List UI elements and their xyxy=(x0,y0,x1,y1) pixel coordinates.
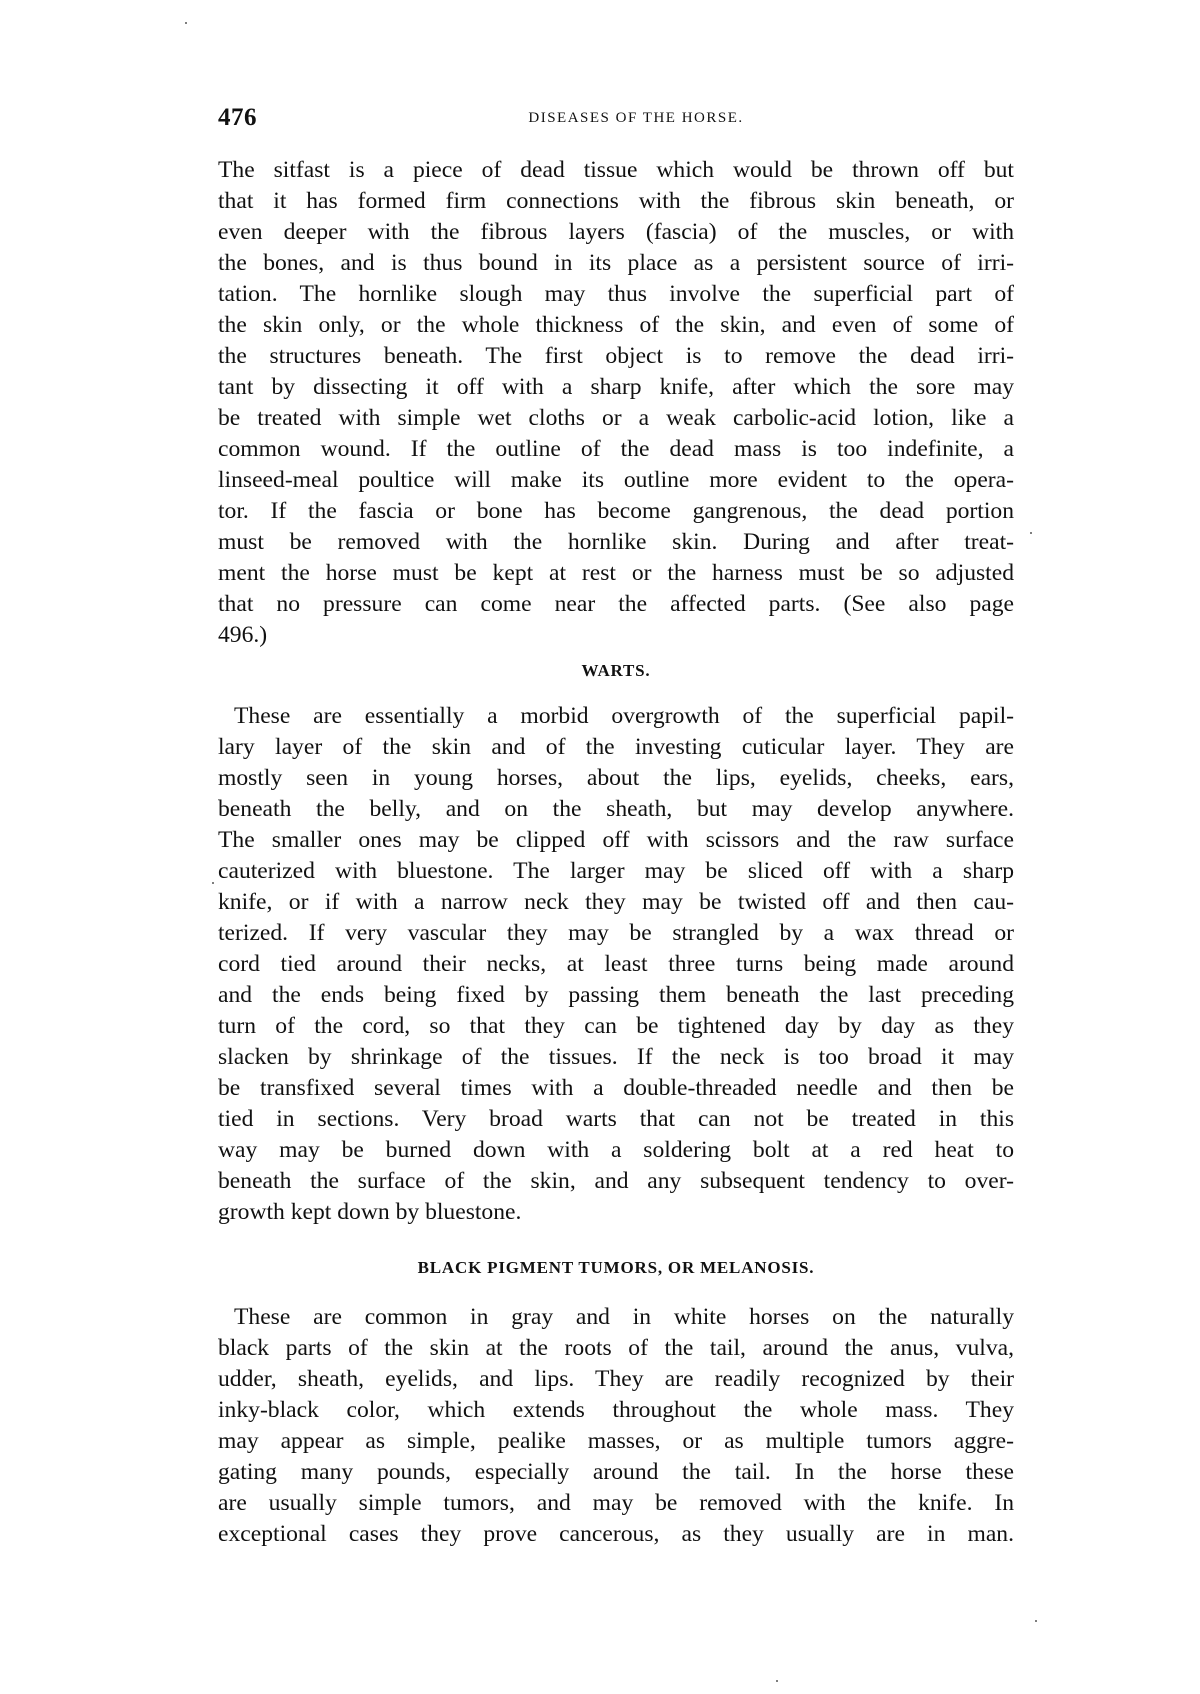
text-line: knife, or if with a narrow neck they may… xyxy=(218,887,1014,918)
text-line: beneath the surface of the skin, and any… xyxy=(218,1166,1014,1197)
text-line: cord tied around their necks, at least t… xyxy=(218,949,1014,980)
text-line: and the ends being fixed by passing them… xyxy=(218,980,1014,1011)
text-line: linseed-meal poultice will make its outl… xyxy=(218,465,1014,496)
section-heading-warts: WARTS. xyxy=(218,659,1014,683)
text-line: 496.) xyxy=(218,620,1014,651)
text-line: even deeper with the fibrous layers (fas… xyxy=(218,217,1014,248)
text-line: lary layer of the skin and of the invest… xyxy=(218,732,1014,763)
text-line: tation. The hornlike slough may thus inv… xyxy=(218,279,1014,310)
warts-paragraph: These are essentially a morbid overgrowt… xyxy=(218,701,1014,1228)
text-line: The smaller ones may be clipped off with… xyxy=(218,825,1014,856)
scan-speck xyxy=(185,22,187,24)
text-line: tied in sections. Very broad warts that … xyxy=(218,1104,1014,1135)
text-line: growth kept down by bluestone. xyxy=(218,1197,1014,1228)
running-head: 476 DISEASES OF THE HORSE. xyxy=(218,100,1014,136)
text-line: tant by dissecting it off with a sharp k… xyxy=(218,372,1014,403)
text-line: tor. If the fascia or bone has become ga… xyxy=(218,496,1014,527)
text-line: ment the horse must be kept at rest or t… xyxy=(218,558,1014,589)
text-line: exceptional cases they prove cancerous, … xyxy=(218,1519,1014,1550)
text-line: be transfixed several times with a doubl… xyxy=(218,1073,1014,1104)
scan-speck xyxy=(212,882,214,884)
text-block: The sitfast is a piece of dead tissue wh… xyxy=(218,155,1014,1550)
text-line: the structures beneath. The first object… xyxy=(218,341,1014,372)
text-line: that it has formed firm connections with… xyxy=(218,186,1014,217)
text-line: gating many pounds, especially around th… xyxy=(218,1457,1014,1488)
text-line: the bones, and is thus bound in its plac… xyxy=(218,248,1014,279)
section-heading-melanosis: BLACK PIGMENT TUMORS, OR MELANOSIS. xyxy=(218,1256,1014,1280)
scan-speck xyxy=(1035,1620,1037,1622)
running-title: DISEASES OF THE HORSE. xyxy=(218,110,1014,127)
text-line: These are essentially a morbid overgrowt… xyxy=(218,701,1014,732)
text-line: cauterized with bluestone. The larger ma… xyxy=(218,856,1014,887)
text-line: turn of the cord, so that they can be ti… xyxy=(218,1011,1014,1042)
book-page: 476 DISEASES OF THE HORSE. The sitfast i… xyxy=(218,100,1014,1550)
text-line: These are common in gray and in white ho… xyxy=(218,1302,1014,1333)
sitfast-paragraph: The sitfast is a piece of dead tissue wh… xyxy=(218,155,1014,651)
text-line: that no pressure can come near the affec… xyxy=(218,589,1014,620)
text-line: common wound. If the outline of the dead… xyxy=(218,434,1014,465)
text-line: The sitfast is a piece of dead tissue wh… xyxy=(218,155,1014,186)
text-line: slacken by shrinkage of the tissues. If … xyxy=(218,1042,1014,1073)
text-line: way may be burned down with a soldering … xyxy=(218,1135,1014,1166)
text-line: may appear as simple, pealike masses, or… xyxy=(218,1426,1014,1457)
melanosis-paragraph: These are common in gray and in white ho… xyxy=(218,1302,1014,1550)
text-line: mostly seen in young horses, about the l… xyxy=(218,763,1014,794)
scan-speck xyxy=(1030,532,1032,534)
text-line: must be removed with the hornlike skin. … xyxy=(218,527,1014,558)
text-line: the skin only, or the whole thickness of… xyxy=(218,310,1014,341)
text-line: beneath the belly, and on the sheath, bu… xyxy=(218,794,1014,825)
text-line: be treated with simple wet cloths or a w… xyxy=(218,403,1014,434)
text-line: terized. If very vascular they may be st… xyxy=(218,918,1014,949)
text-line: black parts of the skin at the roots of … xyxy=(218,1333,1014,1364)
text-line: inky-black color, which extends througho… xyxy=(218,1395,1014,1426)
text-line: are usually simple tumors, and may be re… xyxy=(218,1488,1014,1519)
text-line: udder, sheath, eyelids, and lips. They a… xyxy=(218,1364,1014,1395)
scan-speck xyxy=(776,1680,778,1682)
